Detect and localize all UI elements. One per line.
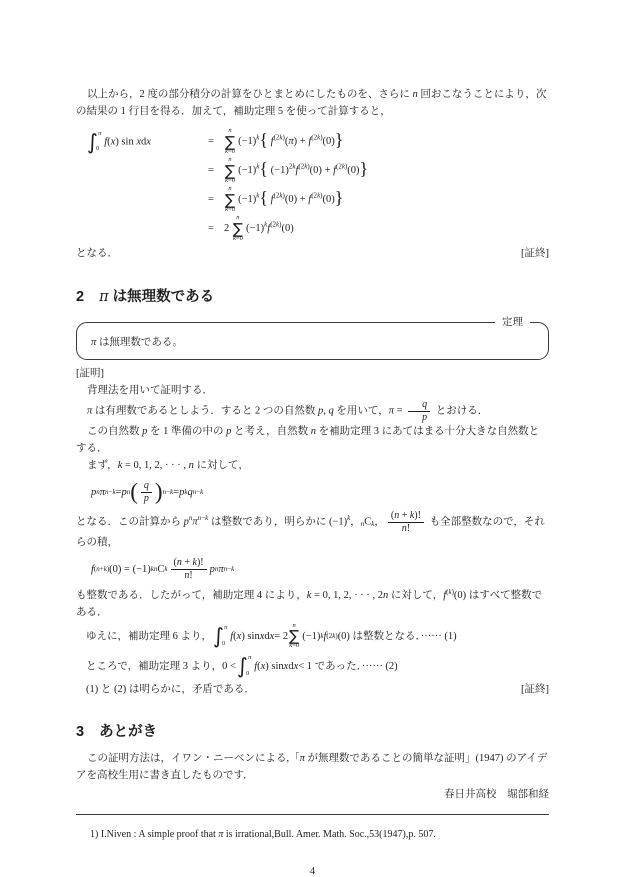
footnote-rule [76, 814, 549, 815]
conclusion-text: となる． [76, 245, 118, 262]
proof-paragraph: ところで，補助定理 3 より，0 < ∫π0 f(x) sin xdx < 1 … [76, 651, 549, 681]
display-equation: pnπn−k = pn (qp)n−k = pkqn−k [76, 477, 549, 507]
equation-row: = n∑k=0(−1)k{ (−1)2kf(2k)(0) + f(2k)(0)} [76, 156, 549, 185]
section-number: 3 [76, 723, 84, 742]
proof-paragraph: となる．この計算から pnπn−k は整数であり，明らかに (−1)k，nCk，… [76, 510, 549, 551]
equation-rhs: n∑k=0(−1)k{ f(2k)(0) + f(2k)(0)} [224, 186, 549, 213]
proof-label: [証明] [76, 365, 549, 382]
equation-rhs: n∑k=0(−1)k{ (−1)2kf(2k)(0) + f(2k)(0)} [224, 157, 549, 184]
equation-rhs: n∑k=0(−1)k{ f(2k)(π) + f(2k)(0)} [224, 128, 549, 155]
qed-label: [証終] [521, 681, 549, 698]
derivation-conclusion-line: となる． [証終] [76, 245, 549, 262]
document-page: 以上から，2 度の部分積分の計算をひとまとめにしたものを、さらに n 回おこなう… [0, 0, 621, 877]
afterword-paragraph: この証明方法は，イワン・ニーベンによる,「π が無理数であることの簡単な証明」(… [76, 750, 549, 784]
theorem-box: 定理 π は無理数である。 [76, 322, 549, 360]
equation-row: ∫π0f(x) sin xdx = n∑k=0(−1)k{ f(2k)(π) +… [76, 127, 549, 156]
footnote-reference: 1) I.Niven : A simple proof that π is ir… [76, 826, 549, 843]
proof-conclusion-line: (1) と (2) は明らかに，矛盾である． [証終] [76, 681, 549, 698]
page-number: 4 [76, 863, 549, 877]
section-3-heading: 3 あとがき [76, 723, 549, 742]
proof-paragraph: 背理法を用いて証明する． [76, 382, 549, 399]
proof-paragraph: π は有理数であるとしよう．すると 2 つの自然数 p, q を用いて，π = … [76, 399, 549, 423]
equals-sign: = [198, 162, 224, 179]
proof-paragraph: この自然数 p を 1 準備の中の p と考え，自然数 n を補助定理 3 にあ… [76, 423, 549, 457]
section-title: あとがき [99, 723, 157, 742]
derivation-equation-block: ∫π0f(x) sin xdx = n∑k=0(−1)k{ f(2k)(π) +… [76, 127, 549, 243]
equation-rhs: 2 n∑k=0(−1)kf(2k)(0) [224, 215, 549, 242]
theorem-statement: π は無理数である。 [91, 334, 534, 351]
section-title: π は無理数である [99, 288, 214, 307]
qed-label: [証終] [521, 245, 549, 262]
contradiction-text: (1) と (2) は明らかに，矛盾である． [76, 681, 255, 698]
equation-lhs: ∫π0f(x) sin xdx [86, 129, 198, 155]
proof-paragraph: まず，k = 0, 1, 2, · · · , n に対して， [76, 457, 549, 474]
equals-sign: = [198, 220, 224, 237]
section-2-heading: 2 π は無理数である [76, 288, 549, 307]
proof-paragraph: ゆえに，補助定理 6 より，∫π0 f(x) sin xdx = 2 n∑k=0… [76, 621, 549, 651]
display-equation: f(n+k)(0) = (−1)knCk (n + k)!n! pnπn−k [76, 554, 549, 584]
intro-paragraph: 以上から，2 度の部分積分の計算をひとまとめにしたものを、さらに n 回おこなう… [76, 86, 549, 120]
equals-sign: = [198, 191, 224, 208]
proof-paragraph: も整数である．したがって，補助定理 4 により，k = 0, 1, 2, · ·… [76, 587, 549, 621]
equation-row: = 2 n∑k=0(−1)kf(2k)(0) [76, 214, 549, 243]
theorem-box-label: 定理 [495, 315, 530, 330]
equals-sign: = [198, 133, 224, 150]
author-signature: 春日井高校 堀部和経 [76, 786, 549, 803]
equation-row: = n∑k=0(−1)k{ f(2k)(0) + f(2k)(0)} [76, 185, 549, 214]
section-number: 2 [76, 288, 84, 307]
